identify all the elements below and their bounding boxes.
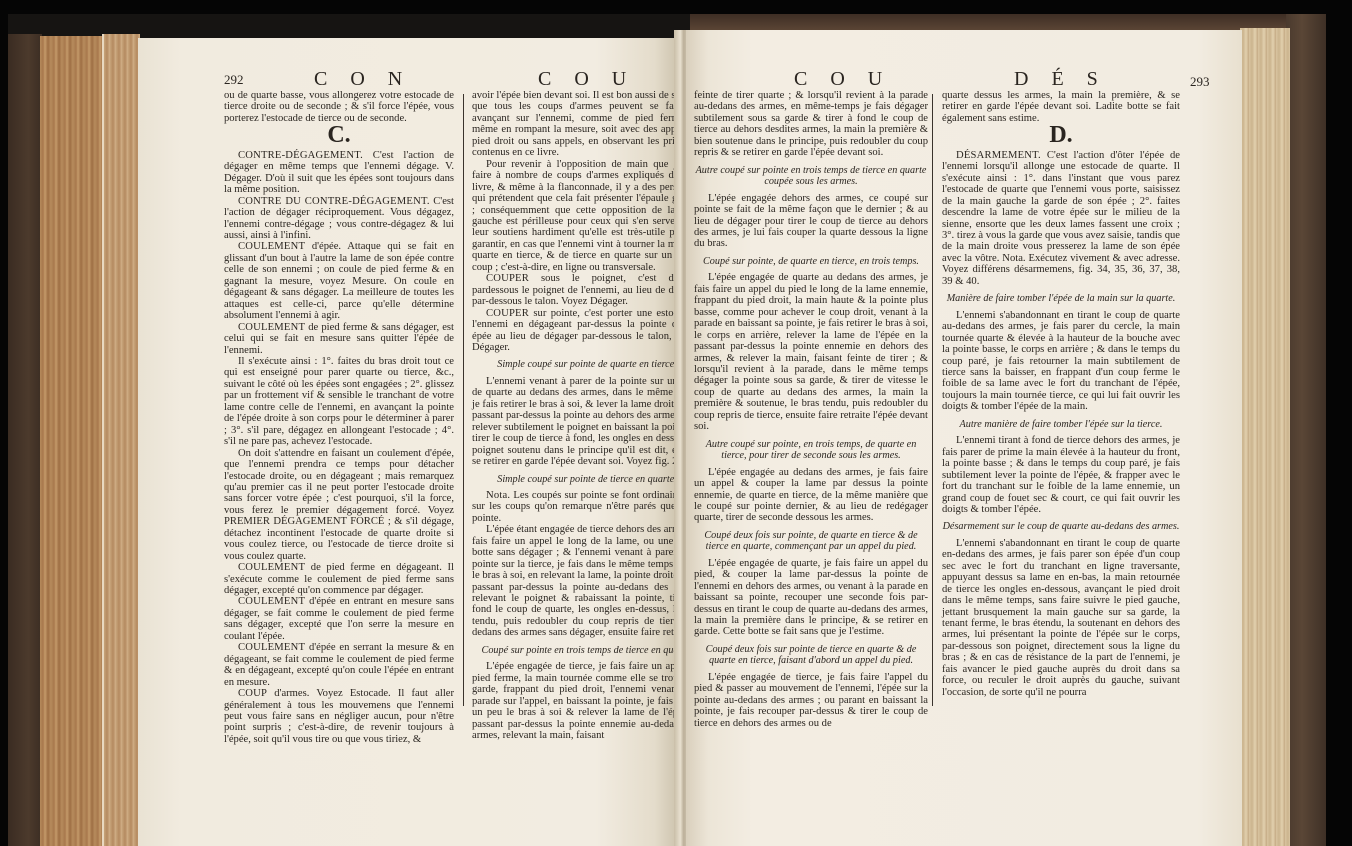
entry-paragraph: COUP d'armes. Voyez Estocade. Il faut al… (224, 688, 454, 745)
entry-text: Il s'exécute ainsi : 1°. faites du bras … (224, 356, 454, 447)
entry-headword: Nota. (486, 490, 510, 501)
entry-text: L'épée engagée dehors des armes, ce coup… (694, 193, 928, 250)
entry-paragraph: Nota. Les coupés sur pointe se font ordi… (472, 490, 702, 524)
entry-headword: DÉSARMEMENT. (956, 150, 1041, 161)
entry-text: avoir l'épée bien devant soi. Il est bon… (472, 90, 702, 158)
entry-paragraph: L'épée engagée de tierce, je fais faire … (694, 672, 928, 729)
subheading: Simple coupé sur pointe de tierce en qua… (472, 474, 702, 485)
entry-paragraph: COUPER sur pointe, c'est porter une esto… (472, 308, 702, 354)
entry-paragraph: L'épée engagée de tierce, je fais faire … (472, 661, 702, 741)
subheading: Coupé sur pointe en trois temps de tierc… (472, 645, 702, 656)
right-page-column-2: quarte dessus les armes, la main la prem… (942, 90, 1180, 698)
entry-headword: COULEMENT (238, 241, 305, 252)
entry-text: C'est l'action d'ôter l'épée de l'ennemi… (942, 150, 1180, 287)
right-page: C O U D É S 293 feinte de tirer quarte ;… (686, 30, 1242, 846)
entry-text: L'ennemi s'abandonnant en tirant le coup… (942, 310, 1180, 413)
entry-paragraph: L'épée engagée de quarte, je fais faire … (694, 558, 928, 638)
page-edges-right (1240, 28, 1290, 846)
subheading: Coupé deux fois sur pointe, de quarte en… (694, 530, 928, 553)
page-number-right: 293 (1190, 74, 1210, 90)
entry-text: L'épée étant engagée de tierce dehors de… (472, 524, 702, 638)
section-letter-d: D. (942, 130, 1180, 141)
entry-paragraph: L'épée engagée de quarte au dedans des a… (694, 272, 928, 432)
left-page: 292 C O N C O U ou de quarte basse, vous… (138, 38, 676, 846)
column-rule (932, 94, 933, 706)
entry-paragraph: L'épée étant engagée de tierce dehors de… (472, 524, 702, 639)
running-head-cou-left: C O U (538, 68, 635, 91)
entry-text: L'épée engagée de quarte, je fais faire … (694, 558, 928, 638)
page-number-left: 292 (224, 72, 244, 88)
entry-paragraph: COULEMENT de pied ferme en dégageant. Il… (224, 562, 454, 596)
entry-text: On doit s'attendre en faisant un couleme… (224, 448, 454, 562)
entry-paragraph: COULEMENT de pied ferme & sans dégager, … (224, 322, 454, 356)
entry-paragraph: COULEMENT d'épée en entrant en mesure sa… (224, 596, 454, 642)
entry-paragraph: L'ennemi s'abandonnant en tirant le coup… (942, 538, 1180, 698)
entry-text: d'épée. Attaque qui se fait en glissant … (224, 241, 454, 321)
entry-headword: COULEMENT (238, 562, 305, 573)
entry-text: feinte de tirer quarte ; & lorsqu'il rev… (694, 90, 928, 158)
entry-paragraph: avoir l'épée bien devant soi. Il est bon… (472, 90, 702, 159)
entry-paragraph: On doit s'attendre en faisant un couleme… (224, 448, 454, 563)
entry-headword: COULEMENT (238, 322, 305, 333)
entry-paragraph: L'épée engagée dehors des armes, ce coup… (694, 193, 928, 250)
continuation-text: ou de quarte basse, vous allongerez votr… (224, 90, 454, 124)
entry-paragraph: COULEMENT d'épée en serrant la mesure & … (224, 642, 454, 688)
entry-headword: COUPER (486, 273, 529, 284)
entry-headword: CONTRE DU CONTRE-DÉGAGEMENT. (238, 196, 430, 207)
subheading: Autre manière de faire tomber l'épée sur… (942, 419, 1180, 430)
subheading: Simple coupé sur pointe de quarte en tie… (472, 359, 702, 370)
entry-paragraph: L'ennemi tirant à fond de tierce dehors … (942, 435, 1180, 515)
entry-paragraph: DÉSARMEMENT. C'est l'action d'ôter l'épé… (942, 150, 1180, 287)
left-page-column-2: avoir l'épée bien devant soi. Il est bon… (472, 90, 702, 741)
entry-headword: COULEMENT (238, 642, 305, 653)
entry-text: L'ennemi tirant à fond de tierce dehors … (942, 435, 1180, 515)
entry-paragraph: L'ennemi s'abandonnant en tirant le coup… (942, 310, 1180, 413)
entry-paragraph: CONTRE-DÉGAGEMENT. C'est l'action de dég… (224, 150, 454, 196)
entry-text: L'épée engagée de tierce, je fais faire … (694, 672, 928, 729)
entry-text: L'épée engagée au dedans des armes, je f… (694, 467, 928, 524)
book-cover-left (8, 34, 42, 846)
entry-paragraph: COULEMENT d'épée. Attaque qui se fait en… (224, 241, 454, 321)
running-head-con: C O N (314, 68, 411, 91)
entry-paragraph: Pour revenir à l'opposition de main que … (472, 159, 702, 274)
entry-headword: COULEMENT (238, 596, 305, 607)
entry-headword: COUPER (486, 308, 529, 319)
subheading: Manière de faire tomber l'épée de la mai… (942, 293, 1180, 304)
entry-paragraph: Il s'exécute ainsi : 1°. faites du bras … (224, 356, 454, 448)
entry-text: L'épée engagée de quarte au dedans des a… (694, 272, 928, 432)
subheading: Autre coupé sur pointe en trois temps de… (694, 165, 928, 188)
left-page-column-1: ou de quarte basse, vous allongerez votr… (224, 90, 454, 745)
running-head-des: D É S (1014, 68, 1107, 91)
entry-paragraph: CONTRE DU CONTRE-DÉGAGEMENT. C'est l'act… (224, 196, 454, 242)
page-edges-left-inner (102, 34, 140, 846)
entry-paragraph: L'épée engagée au dedans des armes, je f… (694, 467, 928, 524)
subheading: Coupé deux fois sur pointe de tierce en … (694, 644, 928, 667)
book-cover-right (1286, 14, 1326, 846)
continuation-text: quarte dessus les armes, la main la prem… (942, 90, 1180, 124)
section-letter-c: C. (224, 130, 454, 141)
subheading: Désarmement sur le coup de quarte au-ded… (942, 521, 1180, 532)
entry-text: Pour revenir à l'opposition de main que … (472, 159, 702, 273)
entry-text: L'épée engagée de tierce, je fais faire … (472, 661, 702, 741)
entry-headword: CONTRE-DÉGAGEMENT. (238, 150, 363, 161)
subheading: Coupé sur pointe, de quarte en tierce, e… (694, 256, 928, 267)
right-page-column-1: feinte de tirer quarte ; & lorsqu'il rev… (694, 90, 928, 729)
column-rule (463, 94, 464, 706)
entry-text: L'ennemi s'abandonnant en tirant le coup… (942, 538, 1180, 698)
entry-paragraph: COUPER sous le poignet, c'est dégager pa… (472, 273, 702, 307)
entry-paragraph: L'ennemi venant à parer de la pointe sur… (472, 376, 702, 468)
subheading: Autre coupé sur pointe, en trois temps, … (694, 439, 928, 462)
entry-paragraph: feinte de tirer quarte ; & lorsqu'il rev… (694, 90, 928, 159)
entry-headword: COUP (238, 688, 267, 699)
entry-text: L'ennemi venant à parer de la pointe sur… (472, 376, 702, 467)
running-head-cou-right: C O U (794, 68, 891, 91)
book-cover-top (690, 14, 1310, 30)
